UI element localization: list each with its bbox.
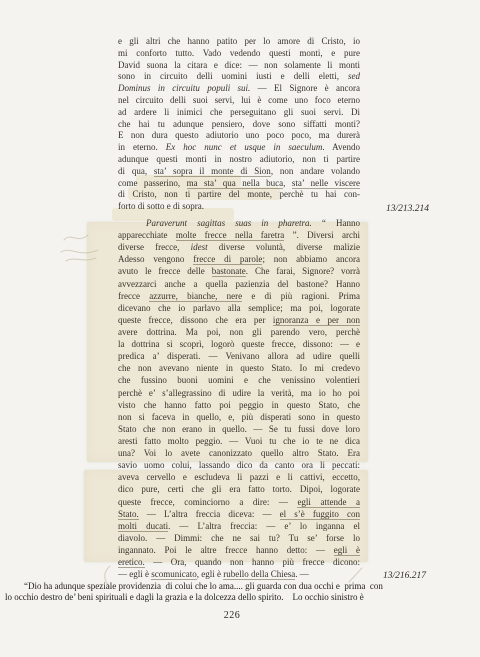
- body-text: che non avevano niente in questo Stato. …: [118, 363, 360, 373]
- text-line: come passerino, ma sta’ qua nella buca, …: [118, 178, 360, 190]
- body-text: apparecchiate: [118, 230, 176, 240]
- text-line: Stato. — L’altra freccia diceva: — el s’…: [118, 508, 360, 520]
- text-line: eretico. — Ora, quando non hanno più fre…: [118, 556, 360, 568]
- margin-reference-2: 13/216.217: [383, 571, 426, 581]
- excerpt-block-1: e gli altri che hanno patito per lo amor…: [118, 36, 360, 213]
- scanned-book-page: e gli altri che hanno patito per lo amor…: [0, 0, 480, 657]
- text-line: queste frecce, dissono che era per ignor…: [118, 314, 360, 326]
- text-line: E non dura questo adiutorio uno poco poc…: [118, 130, 360, 142]
- underlined-text: egli attende a: [297, 497, 360, 508]
- text-line: 25visto che hanno fatto poi peggio in qu…: [118, 399, 360, 411]
- body-text: di Cristo, non ti partire del monte, per…: [118, 189, 360, 199]
- body-text: che fussino buoni uomini e che venissino…: [118, 375, 360, 385]
- underlined-text: egli è: [334, 545, 360, 556]
- body-text: frecce: [118, 291, 149, 301]
- body-text: sono in circuito delli uomini iusti e de…: [118, 71, 348, 81]
- text-line: 20la dottrina si scoprì, logorò queste f…: [118, 338, 360, 350]
- text-line: che hai tu adunque pensiero, dove sono s…: [118, 119, 360, 131]
- body-text: diverse voluntà, diverse malizie: [208, 242, 360, 252]
- body-text: come passerino,: [118, 178, 187, 188]
- text-line: che non avevano niente in questo Stato. …: [118, 362, 360, 374]
- underlined-text: ignoranza e per non: [273, 315, 360, 326]
- body-text: avuto le frecce delle: [118, 266, 212, 276]
- text-line: ad ardere li inimici che perseguitano gl…: [118, 107, 360, 119]
- text-line: di Cristo, non ti partire del monte, per…: [118, 189, 360, 201]
- body-text: Adesso vengono: [118, 254, 193, 264]
- body-text: e di più ragioni. Prima: [242, 291, 360, 301]
- body-text: — El Signore è ancora: [250, 83, 360, 93]
- body-text: aveva cervello e escludeva li pazzi e li…: [118, 472, 360, 482]
- body-text: — L’altra freccia diceva: —: [139, 509, 280, 519]
- text-line: queste frecce, cominciorno a dire: — egl…: [118, 496, 360, 508]
- body-text: e gli altri che hanno patito per lo amor…: [118, 36, 360, 46]
- text-line: diverse frecce, idest diverse voluntà, d…: [118, 241, 360, 253]
- text-line: 15forto di sotto e di sopra.: [118, 201, 360, 213]
- text-line: 30savio uomo colui, lassando dico da can…: [118, 459, 360, 471]
- body-text: dicevano che io parlavo alla semplice; m…: [118, 303, 360, 313]
- text-line: non si faceva in quello, e, più disperat…: [118, 411, 360, 423]
- text-line: 15avvezzarci anche a quella pazienzia de…: [118, 278, 360, 290]
- body-text: ad ardere li inimici che perseguitano gl…: [118, 107, 360, 117]
- body-text: dico pure, certi che gli era fatto torto…: [118, 484, 360, 494]
- body-text: adunque questi monti in nostro adiutorio…: [118, 154, 360, 164]
- body-text: ingannato. Poi le altre frecce hanno det…: [118, 545, 334, 555]
- body-text: , egli è: [197, 569, 224, 579]
- text-line: perchè e’ s’allegrassino di udire la ver…: [118, 387, 360, 399]
- footnote-line-1: “Dio ha adunque speziale providenzia di …: [24, 581, 383, 592]
- body-text: mi conforto tutto. Vado vedendo questi m…: [118, 48, 360, 58]
- underlined-text: ma sta’ qua nella buca: [187, 178, 284, 189]
- body-text: savio uomo colui, lassando dico da canto…: [118, 460, 360, 470]
- body-text: diavolo. — Dimmi: che ne sai tu? Tu se’ …: [118, 533, 360, 543]
- body-text: Stato che non erano in quello. — Se tu f…: [118, 424, 360, 434]
- body-text: avere dottrina. Ma poi, non gli parendo …: [118, 327, 360, 337]
- text-line: dicevano che io parlavo alla semplice; m…: [118, 302, 360, 314]
- text-line: che fussino buoni uomini e che venissino…: [118, 374, 360, 386]
- body-text: E non dura questo adiutorio uno poco poc…: [118, 130, 360, 140]
- body-text: non si faceva in quello, e, più disperat…: [118, 412, 360, 422]
- text-line: una? Voi lo avete canonizzato quello alt…: [118, 447, 360, 459]
- text-line: 10in eterno. Ex hoc nunc et usque in sae…: [118, 142, 360, 154]
- text-line: avere dottrina. Ma poi, non gli parendo …: [118, 326, 360, 338]
- text-line: avuto le frecce delle bastonate. Che far…: [118, 265, 360, 277]
- body-text: . —: [295, 569, 309, 579]
- underlined-text: azzurre, bianche, nere: [149, 291, 242, 302]
- body-text: . Avendo: [322, 142, 360, 152]
- body-text: perchè e’ s’allegrassino di udire la ver…: [118, 388, 360, 398]
- latin-quote-text: Dominus in circuitu populi sui.: [118, 83, 250, 93]
- body-text: nel circuito delli suoi servi, lui è com…: [118, 95, 360, 105]
- underlined-text: Stato.: [118, 509, 139, 520]
- underlined-text: el s’è fuggito con: [280, 509, 360, 520]
- latin-quote-text: Paraverunt sagittas suas in pharetra.: [146, 218, 312, 228]
- body-text: avvezzarci anche a quella pazienzia del …: [118, 279, 360, 289]
- text-line: mi conforto tutto. Vado vedendo questi m…: [118, 48, 360, 60]
- body-text: una? Voi lo avete canonizzato quello alt…: [118, 448, 360, 458]
- body-text: in eterno.: [118, 142, 166, 152]
- underlined-text: sta’ sopra il monte di Sion: [154, 166, 271, 177]
- text-line: David suona la citara e dice: — non sola…: [118, 60, 360, 72]
- body-text: — Ora, quando non hanno più frecce dicon…: [145, 557, 360, 567]
- text-line: sono in circuito delli uomini iusti e de…: [118, 71, 360, 83]
- body-text: ; non abbiamo ancora: [262, 254, 360, 264]
- latin-quote-text: Ex hoc nunc et usque in saeculum: [166, 142, 323, 152]
- body-text: ,: [283, 178, 292, 188]
- underlined-text: sta’ nelle viscere: [292, 178, 360, 189]
- body-text: forto di sotto e di sopra.: [118, 201, 204, 211]
- latin-quote-text: sed: [348, 71, 360, 81]
- text-line: aveva cervello e escludeva li pazzi e li…: [118, 471, 360, 483]
- text-line: adunque questi monti in nostro adiutorio…: [118, 154, 360, 166]
- text-line: frecce azzurre, bianche, nere e di più r…: [118, 290, 360, 302]
- body-text: David suona la citara e dice: — non sola…: [118, 60, 360, 70]
- text-line: diavolo. — Dimmi: che ne sai tu? Tu se’ …: [118, 532, 360, 544]
- body-text: la dottrina si scoprì, logorò queste fre…: [118, 339, 360, 349]
- text-line: Adesso vengono frecce di parole; non abb…: [118, 253, 360, 265]
- underlined-text: molti ducati: [118, 521, 168, 532]
- underlined-text: scomunicato: [151, 569, 197, 580]
- body-text: aresti fatto molto peggio. — Vuoi tu che…: [118, 436, 360, 446]
- underlined-text: rubello della Chiesa: [223, 569, 295, 580]
- underlined-text: bastonate: [212, 266, 246, 277]
- text-line: Stato che non erano in quello. — Se tu f…: [118, 423, 360, 435]
- page-number: 226: [0, 610, 464, 621]
- body-text: . Che farai, Signore? vorrà: [246, 266, 360, 276]
- body-text: queste frecce, dissono che era per: [118, 315, 273, 325]
- body-text: diverse frecce,: [118, 242, 191, 252]
- text-line: — egli è scomunicato, egli è rubello del…: [118, 568, 360, 580]
- body-text: di qua,: [118, 166, 154, 176]
- footnote-line-2: lo occhio destro de’ beni spirituali e d…: [5, 592, 364, 603]
- body-text: visto che hanno fatto poi peggio in ques…: [118, 400, 360, 410]
- body-text: che hai tu adunque pensiero, dove sono s…: [118, 119, 360, 129]
- text-line: ingannato. Poi le altre frecce hanno det…: [118, 544, 360, 556]
- margin-reference-1: 13/213.214: [386, 204, 429, 214]
- text-line: dico pure, certi che gli era fatto torto…: [118, 483, 360, 495]
- text-line: di qua, sta’ sopra il monte di Sion, non…: [118, 166, 360, 178]
- latin-quote-text: idest: [191, 242, 208, 252]
- body-text: “ Hanno: [312, 218, 360, 228]
- text-line: e gli altri che hanno patito per lo amor…: [118, 36, 360, 48]
- body-text: . — L’altra freccia: — e’ lo inganna el: [168, 521, 360, 531]
- underlined-text: molte frecce nella faretra: [176, 230, 284, 241]
- text-line: predica a’ disperati. — Venivano allora …: [118, 350, 360, 362]
- text-line: aresti fatto molto peggio. — Vuoi tu che…: [118, 435, 360, 447]
- text-line: 5Dominus in circuitu populi sui. — El Si…: [118, 83, 360, 95]
- body-text: predica a’ disperati. — Venivano allora …: [118, 351, 360, 361]
- excerpt-block-2: Paraverunt sagittas suas in pharetra. “ …: [118, 217, 360, 580]
- text-line: Paraverunt sagittas suas in pharetra. “ …: [118, 217, 360, 229]
- underlined-text: frecce di parole: [193, 254, 262, 265]
- body-text: — egli è: [118, 569, 151, 579]
- text-line: apparecchiate molte frecce nella faretra…: [118, 229, 360, 241]
- body-text: ”. Diversi archi: [284, 230, 360, 240]
- underlined-text: eretico.: [118, 557, 145, 568]
- pencil-scribble: [58, 230, 104, 266]
- text-line: nel circuito delli suoi servi, lui è com…: [118, 95, 360, 107]
- body-text: queste frecce, cominciorno a dire: —: [118, 497, 297, 507]
- text-line: 5molti ducati. — L’altra freccia: — e’ l…: [118, 520, 360, 532]
- body-text: , non andare volando: [271, 166, 360, 176]
